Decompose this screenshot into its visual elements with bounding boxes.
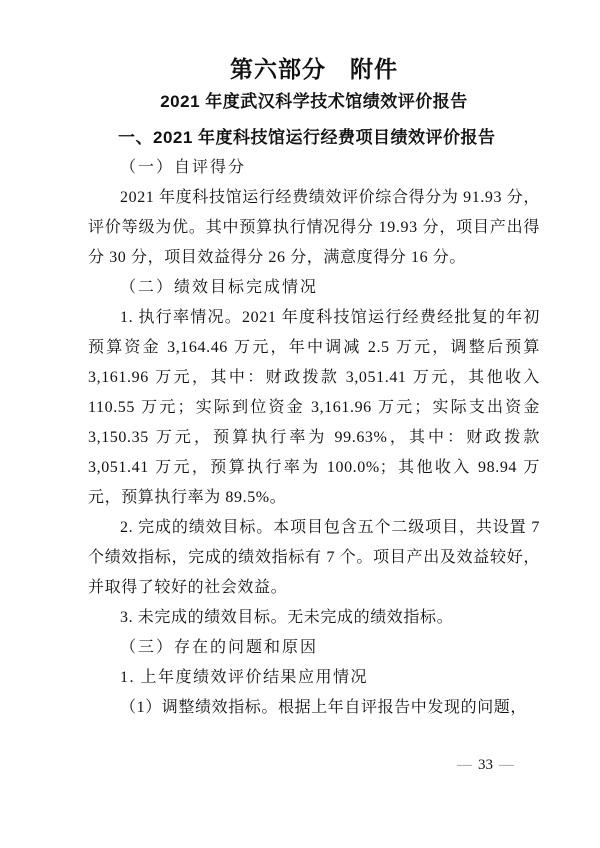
page-number-value: 33 [478, 757, 493, 773]
paragraph-adjust-indicators: （1）调整绩效指标。根据上年自评报告中发现的问题， [88, 693, 540, 723]
sub-heading-problems-causes: （三）存在的问题和原因 [88, 633, 540, 663]
paragraph-completed-goals: 2. 完成的绩效目标。本项目包含五个二级项目，共设置 7 个绩效指标，完成的绩效… [88, 513, 540, 603]
document-subtitle: 2021 年度武汉科学技术馆绩效评价报告 [88, 88, 540, 115]
page-number-right-dash: — [493, 757, 520, 773]
document-page: 第六部分 附件 2021 年度武汉科学技术馆绩效评价报告 一、2021 年度科技… [0, 0, 600, 848]
document-content: 第六部分 附件 2021 年度武汉科学技术馆绩效评价报告 一、2021 年度科技… [88, 54, 540, 723]
document-title: 第六部分 附件 [88, 54, 540, 86]
list-item-prior-year-application: 1. 上年度绩效评价结果应用情况 [88, 663, 540, 693]
sub-heading-self-score: （一）自评得分 [88, 153, 540, 183]
paragraph-uncompleted-goals: 3. 未完成的绩效目标。无未完成的绩效指标。 [88, 603, 540, 633]
sub-heading-goal-completion: （二）绩效目标完成情况 [88, 273, 540, 303]
section-heading: 一、2021 年度科技馆运行经费项目绩效评价报告 [88, 123, 540, 153]
page-number: —33— [451, 753, 520, 777]
paragraph-execution-rate: 1. 执行率情况。2021 年度科技馆运行经费经批复的年初预算资金 3,164.… [88, 303, 540, 513]
paragraph-self-score: 2021 年度科技馆运行经费绩效评价综合得分为 91.93 分，评价等级为优。其… [88, 183, 540, 273]
page-number-left-dash: — [451, 757, 478, 773]
